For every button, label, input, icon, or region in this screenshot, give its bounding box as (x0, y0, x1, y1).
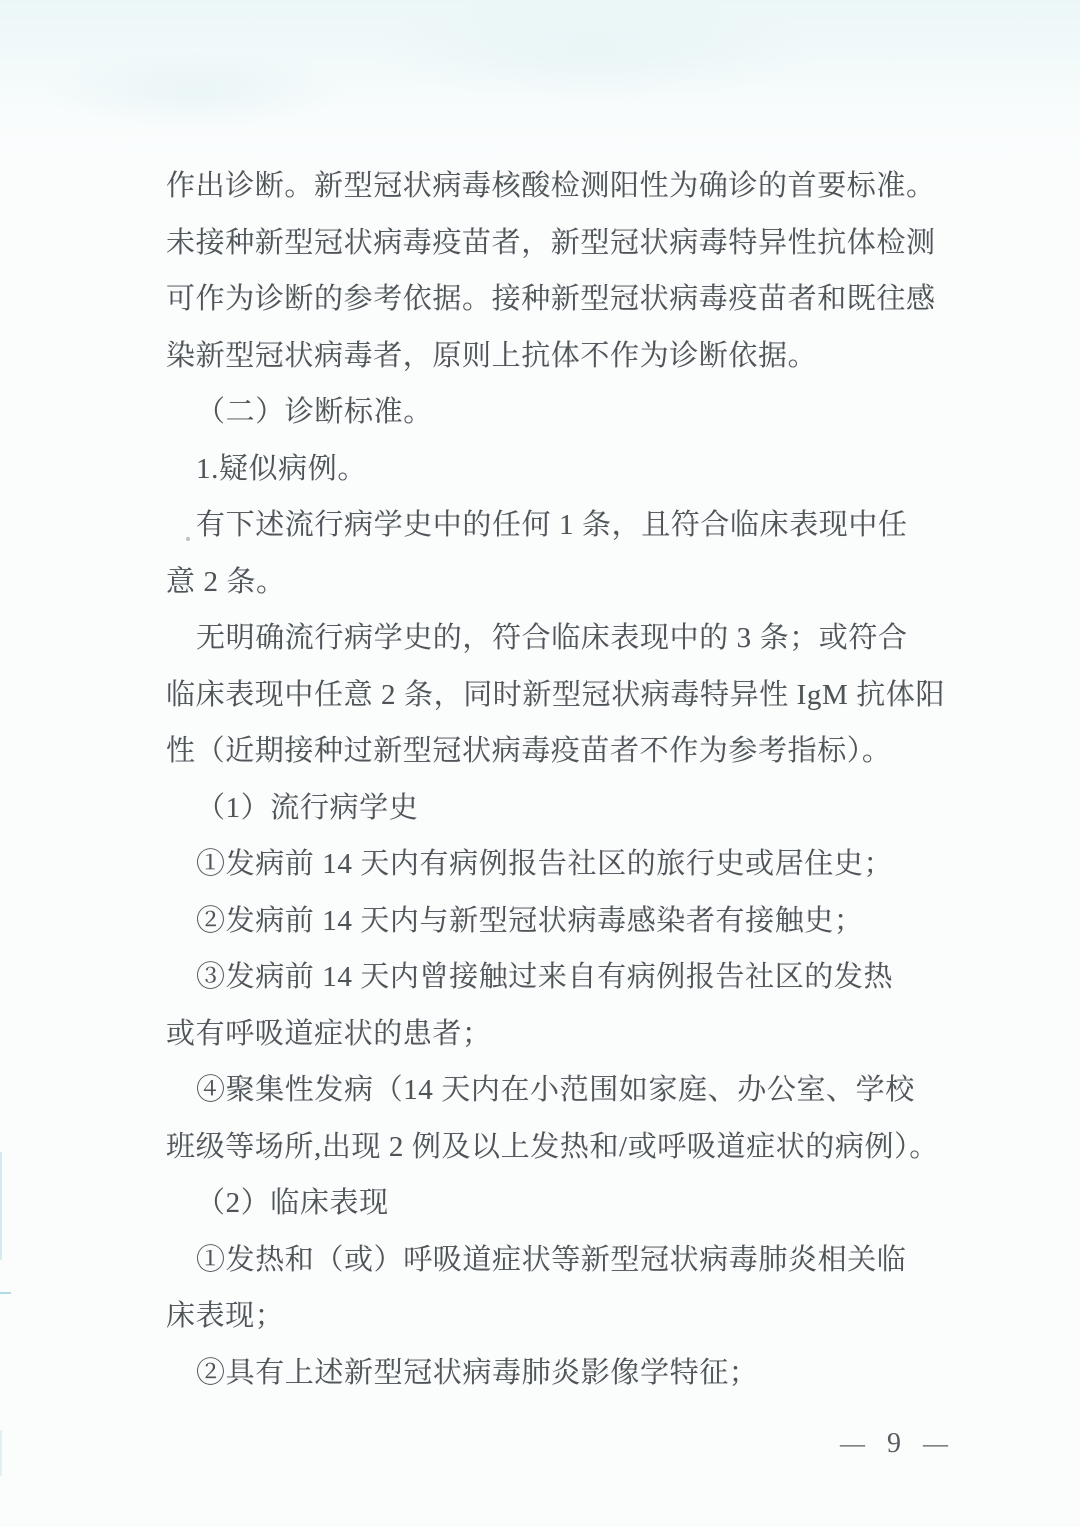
text-line: （二）诊断标准。 (166, 384, 966, 441)
scan-tint-band (0, 0, 1080, 165)
scan-artifact-tick (0, 1292, 11, 1294)
text-line: （1）流行病学史 (166, 780, 966, 837)
text-line: 作出诊断。新型冠状病毒核酸检测阳性为确诊的首要标准。 (166, 158, 966, 215)
scan-artifact-left-edge (0, 1430, 2, 1476)
scan-artifact-left-edge (0, 1152, 2, 1260)
text-line: 或有呼吸道症状的患者； (166, 1006, 966, 1063)
text-line: ④聚集性发病（14 天内在小范围如家庭、办公室、学校 (166, 1062, 966, 1119)
text-line: 可作为诊断的参考依据。接种新型冠状病毒疫苗者和既往感 (166, 271, 966, 328)
text-line: ②发病前 14 天内与新型冠状病毒感染者有接触史； (166, 893, 966, 950)
page-number: 9 (887, 1430, 901, 1458)
footer-dash-left: — (840, 1432, 865, 1457)
text-line: ①发病前 14 天内有病例报告社区的旅行史或居住史； (166, 836, 966, 893)
text-line: ②具有上述新型冠状病毒肺炎影像学特征； (166, 1345, 966, 1402)
text-line: ③发病前 14 天内曾接触过来自有病例报告社区的发热 (166, 949, 966, 1006)
text-line: 无明确流行病学史的，符合临床表现中的 3 条；或符合 (166, 610, 966, 667)
text-line: 未接种新型冠状病毒疫苗者，新型冠状病毒特异性抗体检测 (166, 215, 966, 272)
text-line: 有下述流行病学史中的任何 1 条，且符合临床表现中任 (166, 497, 966, 554)
text-line: 意 2 条。 (166, 554, 966, 611)
document-page: 作出诊断。新型冠状病毒核酸检测阳性为确诊的首要标准。未接种新型冠状病毒疫苗者，新… (0, 0, 1080, 1527)
text-line: （2）临床表现 (166, 1175, 966, 1232)
text-line: 班级等场所,出现 2 例及以上发热和/或呼吸道症状的病例）。 (166, 1119, 966, 1176)
text-line: 临床表现中任意 2 条，同时新型冠状病毒特异性 IgM 抗体阳 (166, 667, 966, 724)
page-footer: — 9 — (840, 1424, 948, 1464)
text-line: 性（近期接种过新型冠状病毒疫苗者不作为参考指标）。 (166, 723, 966, 780)
text-line: 床表现； (166, 1288, 966, 1345)
text-line: ①发热和（或）呼吸道症状等新型冠状病毒肺炎相关临 (166, 1232, 966, 1289)
document-body: 作出诊断。新型冠状病毒核酸检测阳性为确诊的首要标准。未接种新型冠状病毒疫苗者，新… (166, 158, 966, 1401)
text-line: 染新型冠状病毒者，原则上抗体不作为诊断依据。 (166, 328, 966, 385)
text-line: 1.疑似病例。 (166, 441, 966, 498)
footer-dash-right: — (923, 1432, 948, 1457)
